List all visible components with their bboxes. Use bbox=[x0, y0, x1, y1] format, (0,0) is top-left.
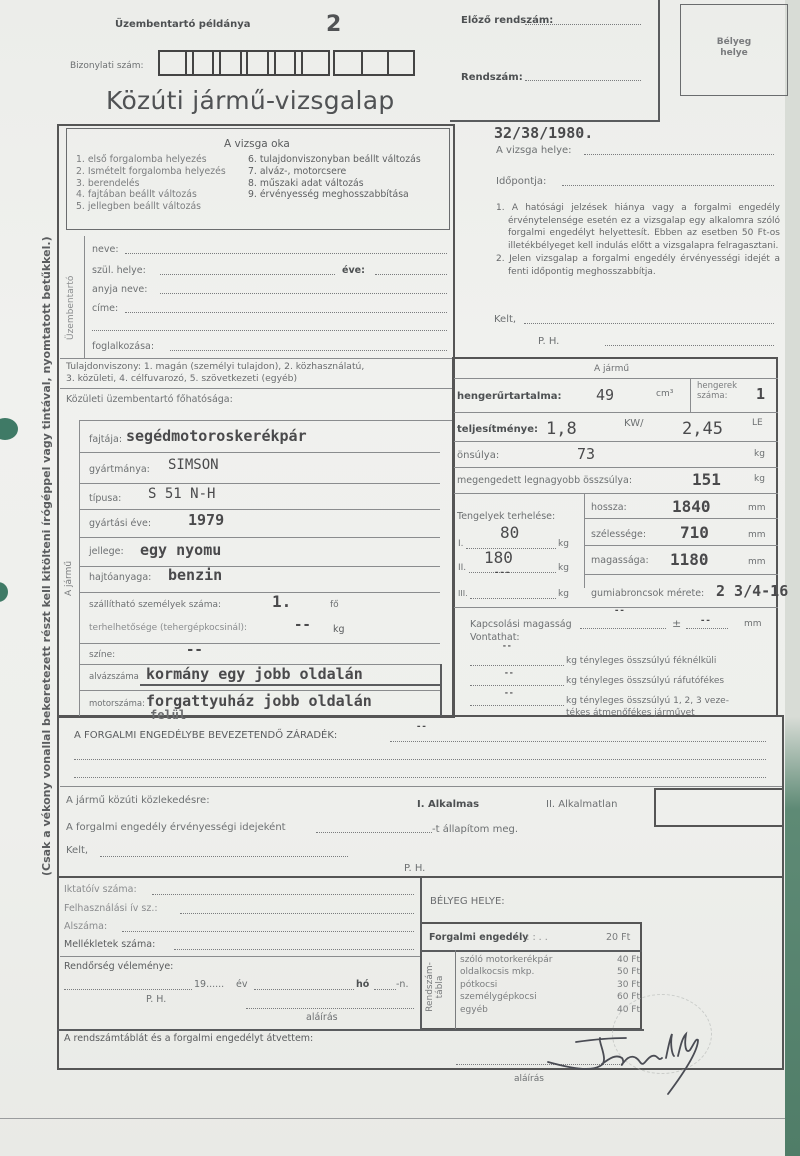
day-suffix: -n. bbox=[396, 979, 408, 990]
stamp-box: Bélyeg helye bbox=[680, 4, 788, 96]
fee-leader: : : : . . bbox=[520, 932, 548, 943]
axle3-value[interactable]: --- bbox=[494, 568, 510, 578]
coupling-field[interactable] bbox=[580, 628, 666, 629]
character-label: jellege: bbox=[89, 546, 124, 557]
weight-unit: kg bbox=[754, 449, 765, 459]
occupation-label: foglalkozása: bbox=[92, 341, 154, 352]
year-label: gyártási éve: bbox=[89, 518, 151, 529]
height-label: magassága: bbox=[591, 555, 649, 566]
fee-item-label: egyéb bbox=[460, 1004, 488, 1016]
reason-item[interactable]: 1. első forgalomba helyezés bbox=[76, 154, 226, 166]
inspection-place-field[interactable] bbox=[584, 154, 774, 155]
mother-name-label: anyja neve: bbox=[92, 284, 147, 295]
receipt-cell[interactable] bbox=[387, 50, 415, 76]
power-kw-unit: KW/ bbox=[624, 418, 643, 429]
verdict-box bbox=[654, 788, 782, 827]
width-label: szélessége: bbox=[591, 529, 646, 540]
axle2-unit: kg bbox=[558, 563, 569, 573]
reason-list-right: 6. tulajdonviszonyban beállt változás 7.… bbox=[248, 154, 421, 201]
divider bbox=[454, 493, 778, 494]
axle-label: Tengelyek terhelése: bbox=[457, 511, 555, 522]
tow-unbraked-label: kg tényleges összsúlyú féknélküli bbox=[566, 656, 716, 666]
make-label: gyártmánya: bbox=[89, 464, 150, 475]
plate-fee-item: egyéb40 Ft bbox=[460, 1004, 640, 1016]
reason-item[interactable]: 8. műszaki adat változás bbox=[248, 178, 421, 190]
divider bbox=[455, 950, 456, 1030]
divider bbox=[440, 664, 442, 716]
page-fold bbox=[0, 1118, 785, 1119]
color-value[interactable]: -- bbox=[186, 642, 203, 658]
reason-item[interactable]: 4. fajtában beállt változás bbox=[76, 189, 226, 201]
inspection-time-label: Időpontja: bbox=[496, 176, 546, 187]
divider bbox=[585, 518, 778, 519]
tow-continuous-label: kg tényleges összsúlyú 1, 2, 3 veze- bbox=[566, 696, 729, 706]
fuel-value[interactable]: benzin bbox=[168, 566, 222, 584]
power-le-unit: LE bbox=[752, 418, 763, 428]
plate-fee-item: személygépkocsi60 Ft bbox=[460, 991, 640, 1003]
displacement-label: hengerűrtartalma: bbox=[457, 391, 562, 402]
receipt-cell[interactable] bbox=[333, 50, 363, 76]
police-opinion-label: Rendőrség véleménye: bbox=[64, 961, 173, 972]
usage-number-label: Felhasználási ív sz.: bbox=[64, 903, 158, 914]
registry-signature-label: aláírás bbox=[306, 1012, 338, 1023]
month-field[interactable] bbox=[254, 989, 354, 990]
fit-option[interactable]: I. Alkalmas bbox=[417, 799, 479, 810]
attachments-field[interactable] bbox=[174, 949, 414, 950]
divider bbox=[60, 388, 452, 389]
divider bbox=[690, 378, 691, 412]
ownership-line: 3. közületi, 4. célfuvarozó, 5. szövetke… bbox=[66, 373, 364, 385]
inspection-place-label: A vizsga helye: bbox=[496, 145, 572, 156]
registry-signature-field[interactable] bbox=[246, 1008, 414, 1009]
clause-label: A FORGALMI ENGEDÉLYBE BEVEZETENDŐ ZÁRADÉ… bbox=[74, 730, 337, 741]
fee-item-value: 30 Ft bbox=[617, 979, 640, 991]
header-divider bbox=[658, 0, 660, 120]
model-label: típusa: bbox=[89, 493, 121, 504]
mother-name-field[interactable] bbox=[160, 293, 447, 294]
axle3-unit: kg bbox=[558, 589, 569, 599]
power-le-value[interactable]: 2,45 bbox=[682, 419, 723, 439]
tow-continuous-label-2: tékes átmenőfékes járművet bbox=[566, 708, 695, 718]
fee-item-label: pótkocsi bbox=[460, 979, 497, 991]
address-field[interactable] bbox=[125, 312, 447, 313]
owner-name-label: neve: bbox=[92, 244, 119, 255]
width-unit: mm bbox=[748, 530, 766, 540]
make-value[interactable]: SIMSON bbox=[168, 457, 219, 473]
divider bbox=[60, 786, 782, 787]
divider bbox=[454, 441, 778, 442]
verdict-kelt-label: Kelt, bbox=[66, 845, 88, 856]
note-2-text: 2. Jelen vizsgalap a forgalmi engedély é… bbox=[496, 253, 780, 278]
plate-label: Rendszám: bbox=[461, 72, 523, 83]
coupling-tolerance[interactable]: -- bbox=[700, 616, 711, 626]
header-divider bbox=[450, 120, 660, 122]
plus-minus-sign: ± bbox=[672, 617, 681, 630]
axle1-label: I. bbox=[458, 539, 464, 549]
axle2-field[interactable] bbox=[469, 572, 556, 573]
license-fee-label: Forgalmi engedély bbox=[429, 932, 528, 943]
engine-number-value-2[interactable]: felül bbox=[150, 708, 186, 722]
color-label: színe: bbox=[89, 650, 115, 660]
divider bbox=[80, 537, 440, 538]
divider bbox=[80, 566, 440, 567]
chassis-label: alvázszáma bbox=[89, 672, 139, 682]
chassis-value[interactable]: kormány egy jobb oldalán bbox=[146, 665, 363, 683]
receipt-number-label: Bizonylati szám: bbox=[70, 61, 144, 71]
police-place-field[interactable] bbox=[64, 989, 192, 990]
clause-field-3[interactable] bbox=[74, 777, 766, 778]
address-field-2[interactable] bbox=[92, 330, 447, 331]
copy-number: 2 bbox=[326, 12, 341, 37]
divider bbox=[454, 378, 778, 379]
axle1-value[interactable]: 80 bbox=[500, 523, 519, 542]
month-label: hó bbox=[356, 979, 369, 990]
load-value[interactable]: -- bbox=[294, 617, 311, 633]
receipt-label: A rendszámtáblát és a forgalmi engedélyt… bbox=[64, 1033, 313, 1044]
ownership-line: Tulajdonviszony: 1. magán (személyi tula… bbox=[66, 361, 364, 373]
divider bbox=[80, 690, 440, 691]
clause-field-2[interactable] bbox=[74, 759, 766, 760]
vehicle-section-label: A jármű bbox=[64, 561, 74, 596]
persons-unit: fő bbox=[330, 600, 339, 610]
previous-plate-field[interactable] bbox=[525, 24, 641, 25]
tow-label: Vontathat: bbox=[470, 632, 520, 643]
reason-list-left: 1. első forgalomba helyezés 2. Ismételt … bbox=[76, 154, 226, 213]
divider bbox=[140, 684, 440, 686]
sub-number-label: Alszáma: bbox=[64, 921, 107, 932]
divider bbox=[80, 483, 440, 484]
page-title: Közúti jármű-vizsgalap bbox=[106, 86, 395, 115]
vehicle-type-value[interactable]: segédmotoroskerékpár bbox=[126, 427, 307, 445]
birthplace-label: szül. helye: bbox=[92, 265, 146, 276]
divider bbox=[60, 956, 420, 957]
usage-number-field[interactable] bbox=[180, 913, 414, 914]
length-value[interactable]: 1840 bbox=[672, 497, 711, 516]
attachments-label: Mellékletek száma: bbox=[64, 939, 155, 950]
ownership-note: Tulajdonviszony: 1. magán (személyi tula… bbox=[66, 361, 364, 385]
note-1-text: 1. A hatósági jelzések hiánya vagy a for… bbox=[496, 202, 780, 252]
coupling-value[interactable]: -- bbox=[614, 606, 625, 616]
fee-item-value: 40 Ft bbox=[617, 954, 640, 966]
power-label: teljesítménye: bbox=[457, 424, 538, 435]
fuel-label: hajtóanyaga: bbox=[89, 572, 151, 583]
file-number-field[interactable] bbox=[152, 894, 414, 895]
divider bbox=[80, 509, 440, 510]
inspection-signature-field[interactable] bbox=[605, 345, 774, 346]
axle2-label: II. bbox=[458, 563, 466, 573]
cylinders-value[interactable]: 1 bbox=[756, 385, 765, 403]
specs-title: A jármű bbox=[594, 364, 629, 374]
vehicle-divider bbox=[79, 420, 80, 716]
height-value[interactable]: 1180 bbox=[670, 550, 709, 569]
tow-dash: -- bbox=[504, 688, 514, 697]
inspection-time-field[interactable] bbox=[562, 185, 774, 186]
tow-overrun-field[interactable] bbox=[470, 685, 564, 686]
license-fee-value: 20 Ft bbox=[606, 932, 630, 943]
axle3-label: III. bbox=[458, 589, 468, 598]
unfit-option[interactable]: II. Alkalmatlan bbox=[546, 799, 617, 810]
reason-item[interactable]: 3. berendelés bbox=[76, 178, 226, 190]
inspection-note-1: 1. A hatósági jelzések hiánya vagy a for… bbox=[496, 202, 780, 279]
plate-section-label: Rendszám-tábla bbox=[425, 952, 445, 1022]
owner-name-field[interactable] bbox=[125, 253, 447, 254]
load-label: terhelhetősége (tehergépkocsinál): bbox=[89, 623, 247, 633]
character-value[interactable]: egy nyomu bbox=[140, 541, 221, 559]
fee-item-label: személygépkocsi bbox=[460, 991, 537, 1003]
max-weight-value[interactable]: 151 bbox=[692, 470, 721, 489]
length-label: hossza: bbox=[591, 502, 627, 513]
fee-item-label: oldalkocsis mkp. bbox=[460, 966, 534, 978]
signature-icon bbox=[540, 1028, 720, 1100]
tow-dash: -- bbox=[504, 668, 514, 677]
validity-field[interactable] bbox=[316, 832, 432, 833]
weight-value[interactable]: 73 bbox=[577, 445, 595, 463]
year-value[interactable]: 1979 bbox=[188, 511, 224, 529]
tow-dash: -- bbox=[502, 641, 512, 650]
day-field[interactable] bbox=[374, 989, 396, 990]
registry-ph-label: P. H. bbox=[146, 994, 166, 1005]
road-fitness-label: A jármű közúti közlekedésre: bbox=[66, 795, 210, 806]
power-kw-value[interactable]: 1,8 bbox=[546, 419, 577, 439]
reason-item[interactable]: 9. érvényesség meghosszabbítása bbox=[248, 189, 421, 201]
reference-number: 32/38/1980. bbox=[494, 124, 593, 142]
birthplace-field[interactable] bbox=[160, 274, 335, 275]
divider bbox=[80, 643, 440, 644]
load-unit: kg bbox=[333, 624, 345, 635]
coupling-label: Kapcsolási magasság bbox=[470, 619, 572, 630]
tow-unbraked-field[interactable] bbox=[470, 665, 564, 666]
engine-number-label: motorszáma: bbox=[89, 699, 145, 709]
reason-item[interactable]: 7. alváz-, motorcsere bbox=[248, 166, 421, 178]
receipt-cell[interactable] bbox=[294, 50, 330, 76]
verdict-kelt-field[interactable] bbox=[100, 856, 348, 857]
axle3-field[interactable] bbox=[470, 598, 556, 599]
displacement-value[interactable]: 49 bbox=[596, 386, 614, 404]
tow-continuous-field[interactable] bbox=[470, 705, 564, 706]
year-label: év bbox=[236, 979, 247, 990]
tire-label: gumiabroncsok mérete: bbox=[591, 588, 704, 599]
vehicle-type-label: fajtája: bbox=[89, 434, 122, 445]
divider bbox=[585, 574, 778, 575]
reason-item[interactable]: 5. jellegben beállt változás bbox=[76, 201, 226, 213]
side-instruction: (Csak a vékony vonallal bekeretezett rés… bbox=[40, 236, 53, 876]
occupation-field[interactable] bbox=[170, 350, 447, 351]
plate-fee-item: oldalkocsis mkp.50 Ft bbox=[460, 966, 640, 978]
weight-label: önsúlya: bbox=[457, 450, 499, 461]
width-value[interactable]: 710 bbox=[680, 523, 709, 542]
coupling-unit: mm bbox=[744, 619, 762, 629]
birth-year-label: éve: bbox=[342, 265, 365, 276]
divider bbox=[60, 358, 452, 359]
reason-title: A vizsga oka bbox=[224, 138, 290, 150]
cylinders-label: hengerek száma: bbox=[697, 381, 739, 401]
plate-fee-list: szóló motorkerékpár40 Ft oldalkocsis mkp… bbox=[460, 954, 640, 1016]
divider bbox=[454, 412, 778, 413]
height-unit: mm bbox=[748, 557, 766, 567]
receipt-cell[interactable] bbox=[361, 50, 389, 76]
owner-divider bbox=[84, 236, 85, 358]
verdict-ph-label: P. H. bbox=[404, 863, 425, 874]
sub-number-field[interactable] bbox=[122, 931, 414, 932]
divider bbox=[80, 452, 440, 453]
model-value[interactable]: S 51 N-H bbox=[148, 486, 215, 502]
stamp-box-label: Bélyeg helye bbox=[681, 37, 787, 59]
tire-value[interactable]: 2 3/4-16 bbox=[716, 582, 788, 600]
ph-label: P. H. bbox=[538, 336, 559, 347]
axle2-value[interactable]: 180 bbox=[484, 548, 513, 567]
fee-item-value: 50 Ft bbox=[617, 966, 640, 978]
clause-value[interactable]: -- bbox=[416, 722, 427, 732]
reason-item[interactable]: 6. tulajdonviszonyban beállt változás bbox=[248, 154, 421, 166]
year-prefix: 19...... bbox=[194, 979, 224, 990]
tow-overrun-label: kg tényleges összsúlyú ráfutófékes bbox=[566, 676, 724, 686]
length-unit: mm bbox=[748, 503, 766, 513]
page-edge bbox=[785, 0, 800, 1156]
kelt-field[interactable] bbox=[524, 323, 774, 324]
birth-year-field[interactable] bbox=[375, 274, 447, 275]
max-weight-label: megengedett legnagyobb összsúlya: bbox=[457, 475, 632, 486]
persons-label: szállítható személyek száma: bbox=[89, 600, 221, 610]
axle1-unit: kg bbox=[558, 539, 569, 549]
reason-item[interactable]: 2. Ismételt forgalomba helyezés bbox=[76, 166, 226, 178]
divider bbox=[585, 545, 778, 546]
kelt-label: Kelt, bbox=[494, 314, 516, 325]
plate-field[interactable] bbox=[525, 80, 641, 81]
max-weight-unit: kg bbox=[754, 474, 765, 484]
displacement-unit: cm³ bbox=[656, 389, 673, 399]
file-number-label: Iktatóív száma: bbox=[64, 884, 137, 895]
copy-label: Üzembentartó példánya bbox=[115, 19, 250, 30]
divider bbox=[454, 467, 778, 468]
fee-item-label: szóló motorkerékpár bbox=[460, 954, 552, 966]
plate-fee-item: pótkocsi30 Ft bbox=[460, 979, 640, 991]
validity-label: A forgalmi engedély érvényességi idejeké… bbox=[66, 822, 286, 833]
divider bbox=[80, 592, 440, 593]
persons-value[interactable]: 1. bbox=[272, 592, 291, 611]
authority-label: Közületi üzembentartó főhatósága: bbox=[66, 394, 233, 405]
owner-section-label: Üzembentartó bbox=[66, 276, 76, 340]
validity-suffix: -t állapítom meg. bbox=[432, 824, 518, 835]
stamp-place-label: BÉLYEG HELYE: bbox=[430, 896, 505, 907]
coupling-tolerance-field[interactable] bbox=[686, 628, 728, 629]
plate-fee-item: szóló motorkerékpár40 Ft bbox=[460, 954, 640, 966]
clause-field[interactable] bbox=[390, 741, 766, 742]
address-label: címe: bbox=[92, 303, 118, 314]
divider bbox=[80, 420, 452, 421]
